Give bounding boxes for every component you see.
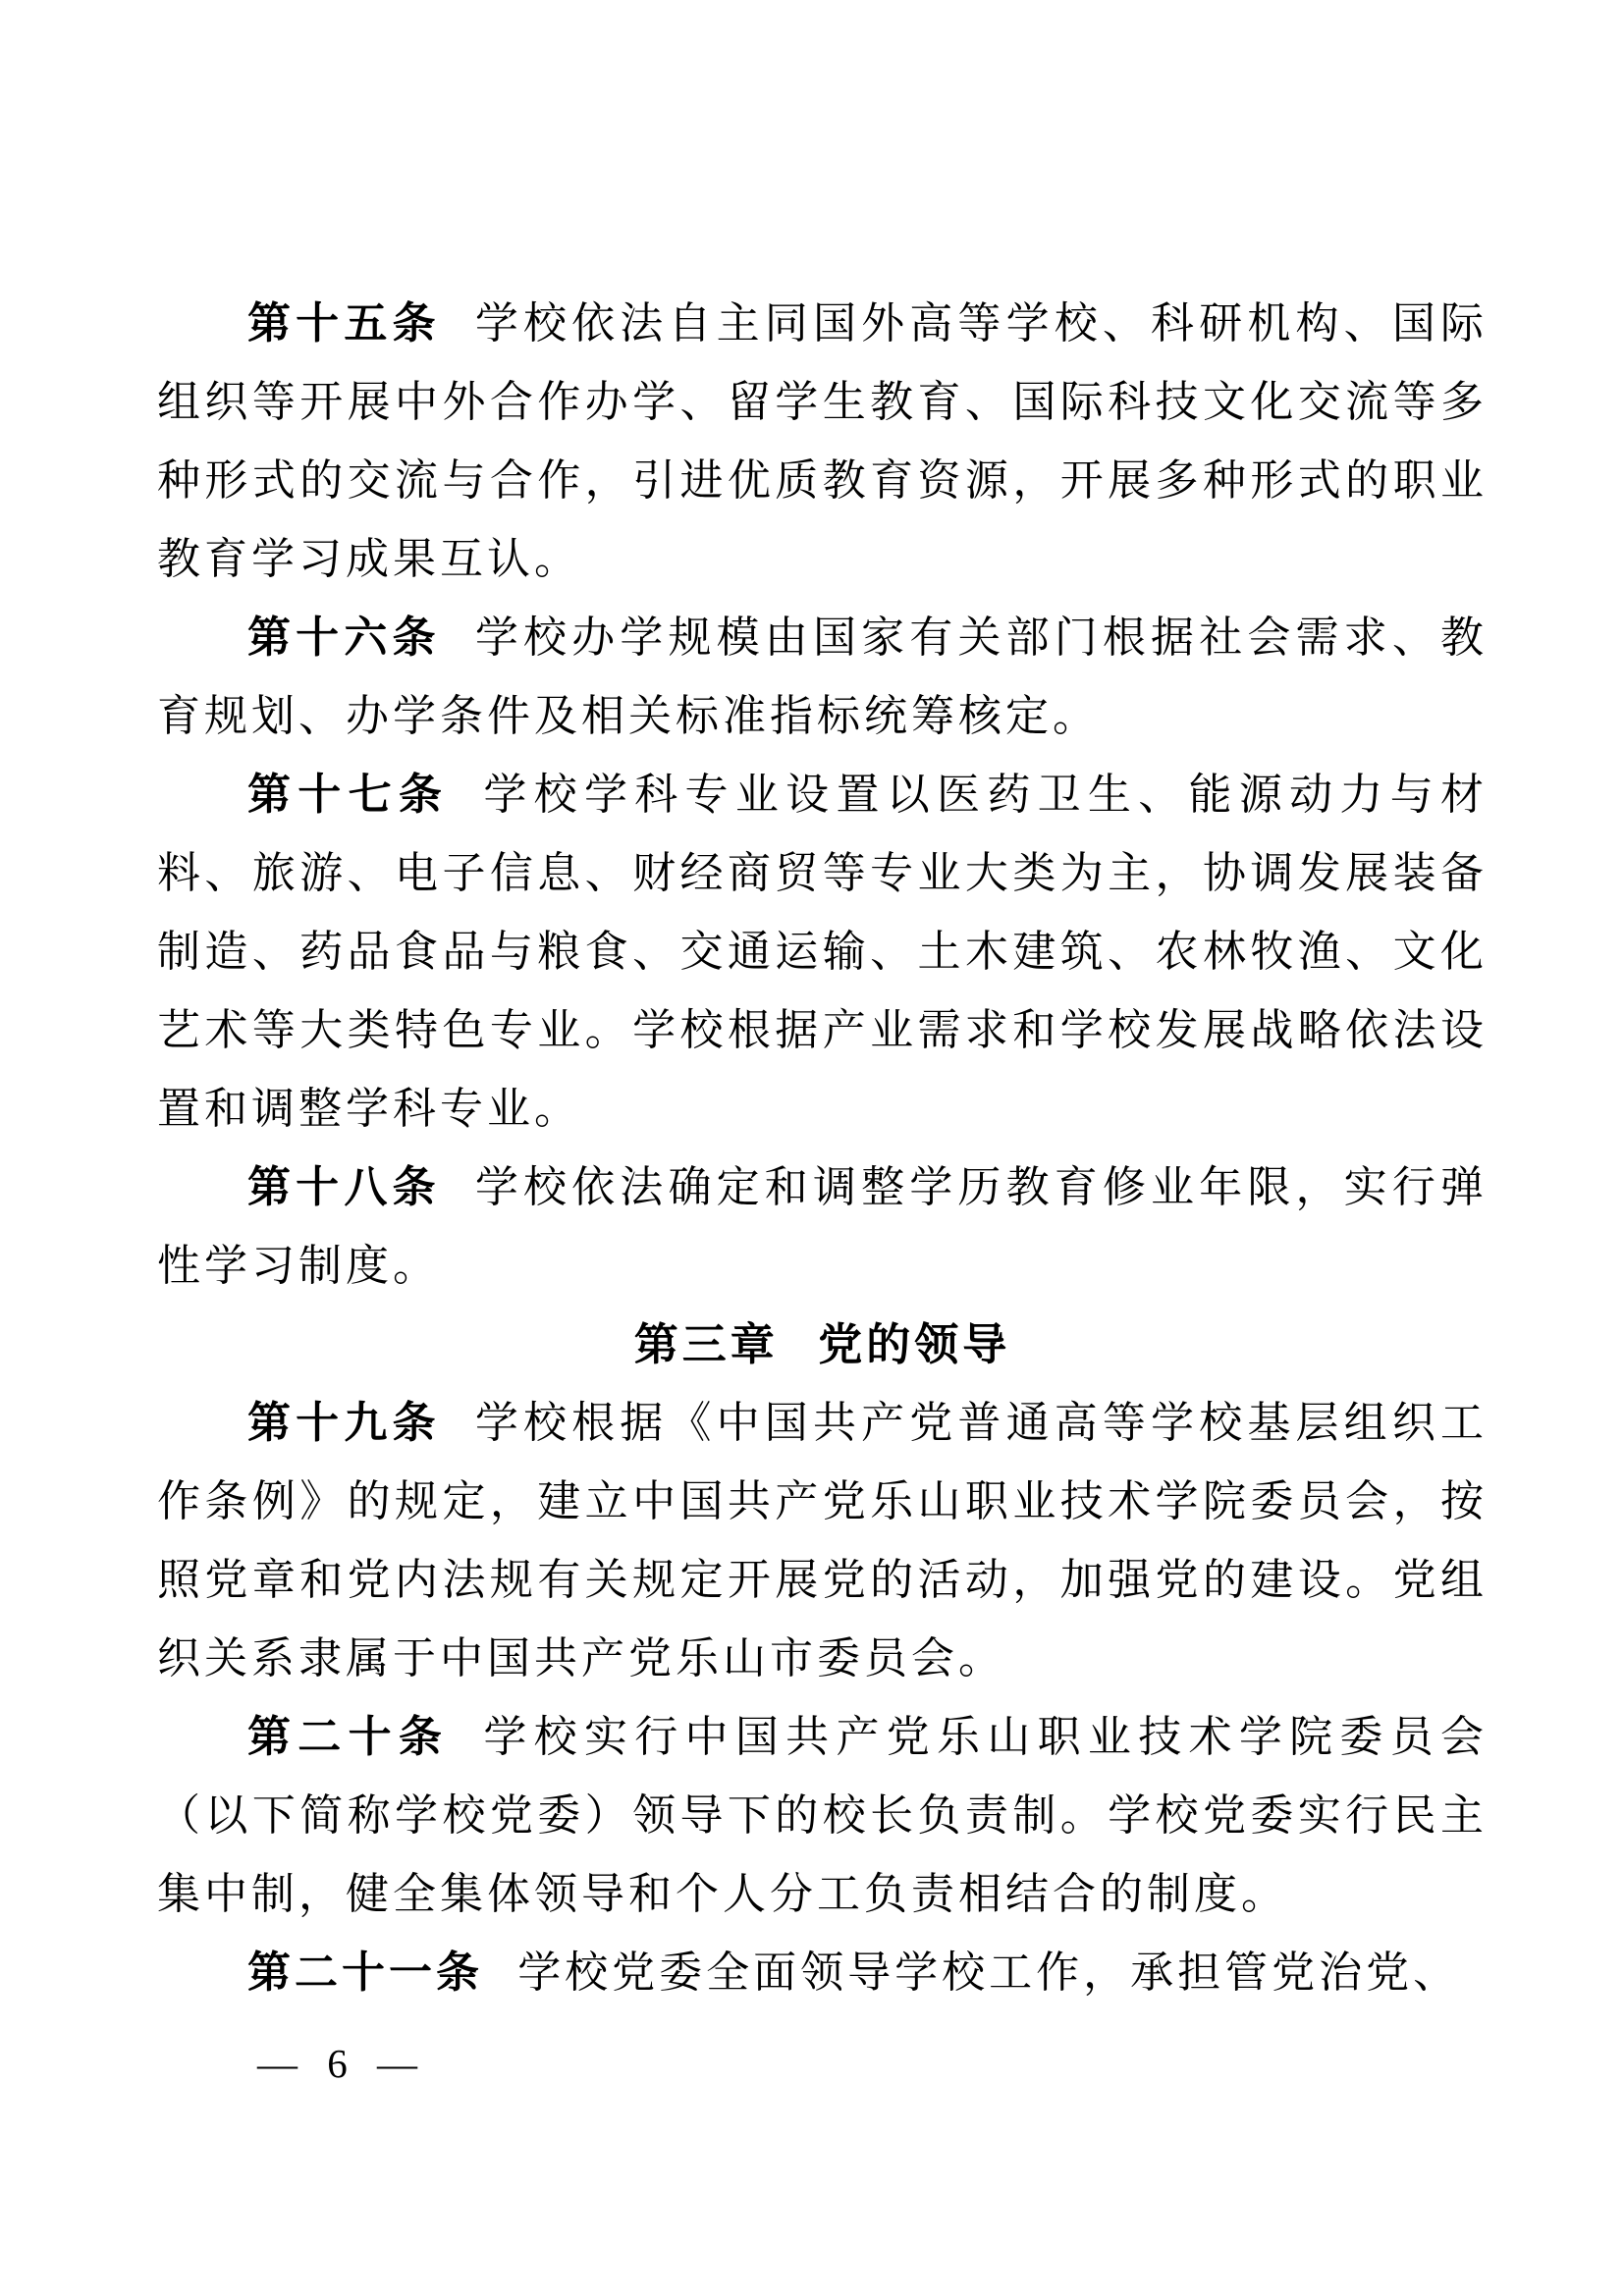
article-19-paragraph: 第十九条学校根据《中国共产党普通高等学校基层组织工作条例》的规定，建立中国共产党… xyxy=(157,1384,1488,1698)
article-16-paragraph: 第十六条学校办学规模由国家有关部门根据社会需求、教育规划、办学条件及相关标准指标… xyxy=(157,599,1488,756)
article-15-paragraph: 第十五条学校依法自主同国外高等学校、科研机构、国际组织等开展中外合作办学、留学生… xyxy=(157,285,1488,599)
article-16-number: 第十六条 xyxy=(247,614,441,662)
article-20-number: 第二十条 xyxy=(247,1713,449,1761)
article-18-paragraph: 第十八条学校依法确定和调整学历教育修业年限，实行弹性学习制度。 xyxy=(157,1148,1488,1306)
chapter-3-heading: 第三章党的领导 xyxy=(157,1306,1488,1384)
document-page: 第十五条学校依法自主同国外高等学校、科研机构、国际组织等开展中外合作办学、留学生… xyxy=(0,0,1624,2296)
chapter-3-title: 党的领导 xyxy=(818,1320,1010,1369)
page-number: — 6 — xyxy=(257,2040,427,2087)
article-21-text: 学校党委全面领导学校工作，承担管党治党、 xyxy=(517,1949,1460,1997)
article-19-number: 第十九条 xyxy=(247,1399,441,1447)
article-20-paragraph: 第二十条学校实行中国共产党乐山职业技术学院委员会（以下简称学校党委）领导下的校长… xyxy=(157,1698,1488,1934)
article-21-number: 第二十一条 xyxy=(247,1949,483,1997)
article-18-number: 第十八条 xyxy=(247,1163,441,1211)
article-17-paragraph: 第十七条学校学科专业设置以医药卫生、能源动力与材料、旅游、电子信息、财经商贸等专… xyxy=(157,756,1488,1148)
article-17-number: 第十七条 xyxy=(247,771,449,819)
document-body: 第十五条学校依法自主同国外高等学校、科研机构、国际组织等开展中外合作办学、留学生… xyxy=(157,285,1488,2012)
article-21-paragraph: 第二十一条学校党委全面领导学校工作，承担管党治党、 xyxy=(157,1934,1488,2012)
chapter-3-number: 第三章 xyxy=(634,1320,779,1369)
article-15-number: 第十五条 xyxy=(247,299,441,347)
article-17-text: 学校学科专业设置以医药卫生、能源动力与材料、旅游、电子信息、财经商贸等专业大类为… xyxy=(157,771,1488,1133)
